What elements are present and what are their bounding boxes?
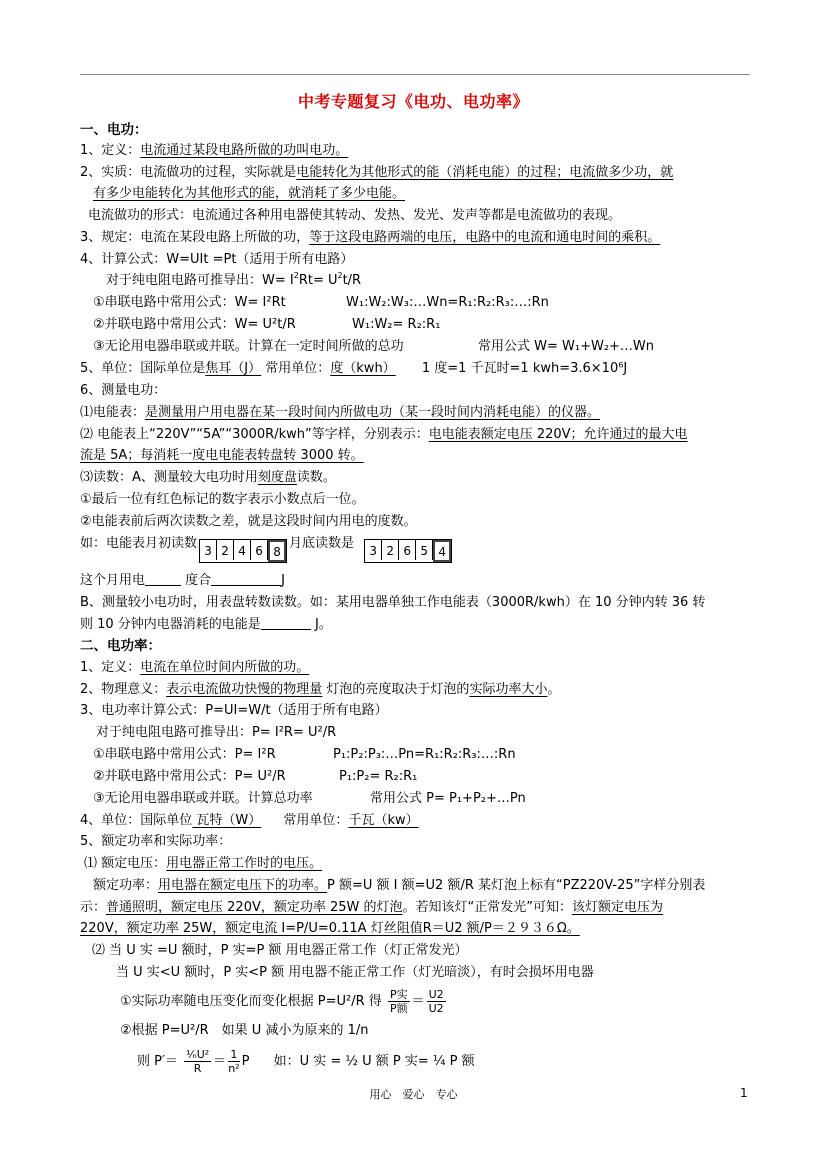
equals: ＝ xyxy=(213,1054,226,1069)
digit: 3 xyxy=(365,540,382,560)
denominator: R xyxy=(184,1062,211,1075)
text: 220V，额定功率 25W，额定电流 I=P/U=0.11A 灯丝阻值R＝U2 … xyxy=(80,921,580,936)
text: ③无论用电器串联或并联。计算在一定时间所做的总功 xyxy=(93,339,404,354)
s2-rated-power-line2: 示：普通照明，额定电压 220V，额定功率 25W 的灯泡。若知该灯“正常发光”… xyxy=(80,899,663,917)
label: 常用单位： xyxy=(283,813,348,828)
s1-essence-cont: 有多少电能转化为其他形式的能，就消耗了多少电能。 xyxy=(93,185,405,203)
text: 灯泡的亮度取决于灯泡的 xyxy=(322,682,469,697)
digit: 4 xyxy=(234,540,251,560)
digit: 5 xyxy=(416,540,433,560)
footer-motto: 用心 爱心 专心 xyxy=(0,1086,827,1102)
digit-decimal: 8 xyxy=(268,540,286,562)
numerator: P实 xyxy=(388,988,410,1002)
label: ⑴ 额定电压： xyxy=(84,856,166,871)
common-unit: 千瓦（kw） xyxy=(348,813,418,828)
s1-definition: 1、定义：电流通过某段电路所做的功叫电功。 xyxy=(80,142,348,160)
fraction: P实P额 xyxy=(388,988,410,1015)
label: ⑵ 电能表上“220V”“5A”“3000R/kwh”等字样，分别表示： xyxy=(80,427,429,442)
meter-start-reading: 32468 xyxy=(199,539,287,563)
text: ①实际功率随电压变化而变化根据 P=U²/R 得 xyxy=(120,994,382,1009)
s2-actual1: ①实际功率随电压变化而变化根据 P=U²/R 得 P实P额＝U2U2 xyxy=(120,988,448,1015)
s2-actual2: ②根据 P=U²/R 如果 U 减小为原来的 1/n xyxy=(120,1022,368,1040)
s1-example: 如：电能表月初读数 32468 月底读数是 32654 xyxy=(80,535,454,563)
text: J。 xyxy=(315,617,332,632)
text: 是测量用户用电器在某一段时间内所做电功（某一段时间内消耗电能）的仪器。 xyxy=(145,405,600,420)
text: J xyxy=(281,573,285,588)
label: 如：电能表月初读数 xyxy=(80,536,197,551)
text: 该灯额定电压为 xyxy=(572,900,663,915)
denominator: U2 xyxy=(427,1002,446,1015)
text: 用电器正常工作时的电压。 xyxy=(166,856,322,871)
s1-read2: ②电能表前后两次读数之差，就是这段时间内用电的度数。 xyxy=(80,513,417,531)
s2-rated-power-line3: 220V，额定功率 25W，额定电流 I=P/U=0.11A 灯丝阻值R＝U2 … xyxy=(80,920,580,938)
example: 如：U 实 = ½ U 额 P 实= ¼ P 额 xyxy=(274,1054,475,1069)
answer-blank-kwh[interactable] xyxy=(145,572,181,586)
page-number: 1 xyxy=(740,1086,748,1100)
s2-then: 则 P′＝ ¹⁄ₙU²R＝1n²P 如：U 实 = ½ U 额 P 实= ¼ P… xyxy=(137,1048,475,1075)
text: 电电能表额定电压 220V；允许通过的最大电 xyxy=(429,427,688,442)
s2-definition: 1、定义：电流在单位时间内所做的功。 xyxy=(80,659,309,677)
text: ②并联电路中常用公式：W= U²t/R xyxy=(93,317,296,332)
digit-decimal: 4 xyxy=(433,540,451,562)
s1-unit: 5、单位：国际单位是焦耳（J） 常用单位：度（kwh） 1 度=1 千瓦时=1 … xyxy=(80,360,627,378)
ratio: P₁:P₂:P₃:…Pn=R₁:R₂:R₃:…:Rn xyxy=(333,746,516,764)
label: 5、单位：国际单位是 xyxy=(80,361,205,376)
s1-essence: 2、实质：电流做功的过程，实际就是电能转化为其他形式的能（消耗电能）的过程；电流… xyxy=(80,164,673,182)
s1-meter2: ⑵ 电能表上“220V”“5A”“3000R/kwh”等字样，分别表示：电电能表… xyxy=(80,426,688,444)
s1-small: B、测量较小电功时，用表盘转数读数。如：某用电器单独工作电能表（3000R/kw… xyxy=(80,594,705,612)
si-unit: 焦耳（J） xyxy=(205,361,261,376)
section1-heading: 一、电功： xyxy=(80,121,148,139)
ratio: W₁:W₂= R₂:R₁ xyxy=(352,316,440,334)
s2-case1: ⑵ 当 U 实 =U 额时，P 实=P 额 用电器正常工作（灯正常发光） xyxy=(92,942,468,960)
label: 1、定义： xyxy=(80,143,140,158)
header-rule xyxy=(80,74,750,75)
rule-text: 等于这段电路两端的电压，电路中的电流和通电时间的乘积。 xyxy=(309,230,660,245)
meter-end-reading: 32654 xyxy=(364,539,452,563)
s1-forms: 电流做功的形式：电流通过各种用电器使其转动、发热、发光、发声等都是电流做功的表现… xyxy=(88,207,621,225)
s1-month-use: 这个月用电 度合J xyxy=(80,572,285,590)
s1-measure-heading: 6、测量电功： xyxy=(80,382,166,400)
digit: 2 xyxy=(382,540,399,560)
ratio: P₁:P₂= R₂:R₁ xyxy=(339,768,417,786)
essence-text-cont: 有多少电能转化为其他形式的能，就消耗了多少电能。 xyxy=(93,186,405,201)
numerator: 1 xyxy=(228,1048,239,1062)
s1-meter1: ⑴电能表：是测量用户用电器在某一段时间内所做电功（某一段时间内消耗电能）的仪器。 xyxy=(80,404,600,422)
fraction: 1n² xyxy=(228,1048,239,1075)
text: 则 10 分钟内电器消耗的电能是 xyxy=(80,617,261,632)
label: ⑴电能表： xyxy=(80,405,145,420)
text: 刻度盘 xyxy=(258,470,297,485)
fraction: U2U2 xyxy=(427,988,446,1015)
ratio: W₁:W₂:W₃:…Wn=R₁:R₂:R₃:…:Rn xyxy=(346,294,549,312)
text: t/R xyxy=(343,273,362,288)
s2-series: ①串联电路中常用公式：P= I²R P₁:P₂:P₃:…Pn=R₁:R₂:R₃:… xyxy=(93,746,276,764)
label: 2、实质：电流做功的过程，实际就是 xyxy=(80,165,296,180)
s1-series: ①串联电路中常用公式：W= I²Rt W₁:W₂:W₃:…Wn=R₁:R₂:R₃… xyxy=(93,294,286,312)
s2-formula: 3、电功率计算公式：P=UI=W/t（适用于所有电路） xyxy=(80,702,388,720)
common-unit: 度（kwh） xyxy=(330,361,395,376)
s1-pure-resistance: 对于纯电阻电路可推导出：W= I2Rt= U2t/R xyxy=(106,272,361,290)
text: ②并联电路中常用公式：P= U²/R xyxy=(93,769,286,784)
section2-heading: 二、电功率： xyxy=(80,637,161,655)
text: 则 P′＝ xyxy=(137,1054,178,1069)
label: 额定功率： xyxy=(93,878,158,893)
text: ①串联电路中常用公式：W= I²Rt xyxy=(93,295,286,310)
s2-any: ③无论用电器串联或并联。计算总功率 常用公式 P= P₁+P₂+…Pn xyxy=(93,790,313,808)
essence-text: 电能转化为其他形式的能（消耗电能）的过程；电流做多少功，就 xyxy=(296,165,673,180)
label: 1、定义： xyxy=(80,660,140,675)
s2-case2: 当 U 实<U 额时，P 实<P 额 用电器不能正常工作（灯光暗淡），有时会损坏… xyxy=(116,964,594,982)
s2-pure-resistance: 对于纯电阻电路可推导出：P= I²R= U²/R xyxy=(96,724,336,742)
s1-any: ③无论用电器串联或并联。计算在一定时间所做的总功 常用公式 W= W₁+W₂+…… xyxy=(93,338,404,356)
fraction: ¹⁄ₙU²R xyxy=(184,1048,211,1075)
text: 。若知该灯“正常发光”可知： xyxy=(403,900,572,915)
equals: ＝ xyxy=(412,994,425,1009)
s1-read1: ①最后一位有红色标记的数字表示小数点后一位。 xyxy=(80,491,365,509)
s2-rated-power: 额定功率：用电器在额定电压下的功率。P 额=U 额 I 额=U2 额/R 某灯泡… xyxy=(93,877,705,895)
denominator: P额 xyxy=(388,1002,410,1015)
conversion: 1 度=1 千瓦时=1 kwh=3.6×10⁶J xyxy=(422,361,627,376)
numerator: U2 xyxy=(427,988,446,1002)
s2-unit: 4、单位：国际单位 瓦特（W） 常用单位：千瓦（kw） xyxy=(80,812,419,830)
si-unit: 瓦特（W） xyxy=(192,813,261,828)
label: 2、物理意义： xyxy=(80,682,166,697)
label: 常用单位： xyxy=(265,361,330,376)
text: 电流在单位时间内所做的功。 xyxy=(140,660,309,675)
label: 月底读数是 xyxy=(289,536,354,551)
text: 对于纯电阻电路可推导出：W= I xyxy=(106,273,294,288)
text: 示： xyxy=(80,900,106,915)
text: ③无论用电器串联或并联。计算总功率 xyxy=(93,791,313,806)
numerator: ¹⁄ₙU² xyxy=(184,1048,211,1062)
s1-formula: 4、计算公式：W=UIt =Pt（适用于所有电路） xyxy=(80,251,353,269)
text: 度合 xyxy=(185,573,211,588)
text: 表示电流做功快慢的物理量 xyxy=(166,682,322,697)
digit: 6 xyxy=(251,540,268,560)
text: 实际功率大小 xyxy=(469,682,547,697)
label: ⑶读数：A、测量较大电功时用 xyxy=(80,470,258,485)
text: 用电器在额定电压下的功率。 xyxy=(158,878,327,893)
s2-rated-heading: 5、额定功率和实际功率： xyxy=(80,833,231,851)
text: 这个月用电 xyxy=(80,573,145,588)
text: 流是 5A；每消耗一度电电能表转盘转 3000 转。 xyxy=(80,448,364,463)
text: 普通照明，额定电压 220V，额定功率 25W 的灯泡 xyxy=(106,900,403,915)
s1-rule: 3、规定：电流在某段电路上所做的功，等于这段电路两端的电压，电路中的电流和通电时… xyxy=(80,229,660,247)
answer-blank-energy[interactable] xyxy=(261,616,311,630)
text: 读数。 xyxy=(297,470,336,485)
s2-rated-voltage: ⑴ 额定电压：用电器正常工作时的电压。 xyxy=(84,855,322,873)
digit: 6 xyxy=(399,540,416,560)
label: 4、单位：国际单位 xyxy=(80,813,192,828)
label: 3、规定：电流在某段电路上所做的功， xyxy=(80,230,309,245)
formula: 常用公式 W= W₁+W₂+…Wn xyxy=(478,338,654,356)
formula: 常用公式 P= P₁+P₂+…Pn xyxy=(370,790,526,808)
denominator: n² xyxy=(228,1062,239,1075)
digit: 3 xyxy=(200,540,217,560)
page-title: 中考专题复习《电功、电功率》 xyxy=(0,89,827,112)
text: P xyxy=(242,1054,250,1069)
text: P 额=U 额 I 额=U2 额/R 某灯泡上标有“PZ220V-25”字样分别… xyxy=(327,878,705,893)
s1-read: ⑶读数：A、测量较大电功时用刻度盘读数。 xyxy=(80,469,336,487)
s1-meter2-cont: 流是 5A；每消耗一度电电能表转盘转 3000 转。 xyxy=(80,447,364,465)
s2-parallel: ②并联电路中常用公式：P= U²/R P₁:P₂= R₂:R₁ xyxy=(93,768,286,786)
text: ①串联电路中常用公式：P= I²R xyxy=(93,747,276,762)
text: 。 xyxy=(547,682,560,697)
s2-meaning: 2、物理意义：表示电流做功快慢的物理量 灯泡的亮度取决于灯泡的实际功率大小。 xyxy=(80,681,560,699)
s1-parallel: ②并联电路中常用公式：W= U²t/R W₁:W₂= R₂:R₁ xyxy=(93,316,296,334)
s1-small-q: 则 10 分钟内电器消耗的电能是 J。 xyxy=(80,616,332,634)
answer-blank-joules[interactable] xyxy=(211,572,281,586)
text: Rt= U xyxy=(299,273,338,288)
digit: 2 xyxy=(217,540,234,560)
definition-text: 电流通过某段电路所做的功叫电功。 xyxy=(140,143,348,158)
